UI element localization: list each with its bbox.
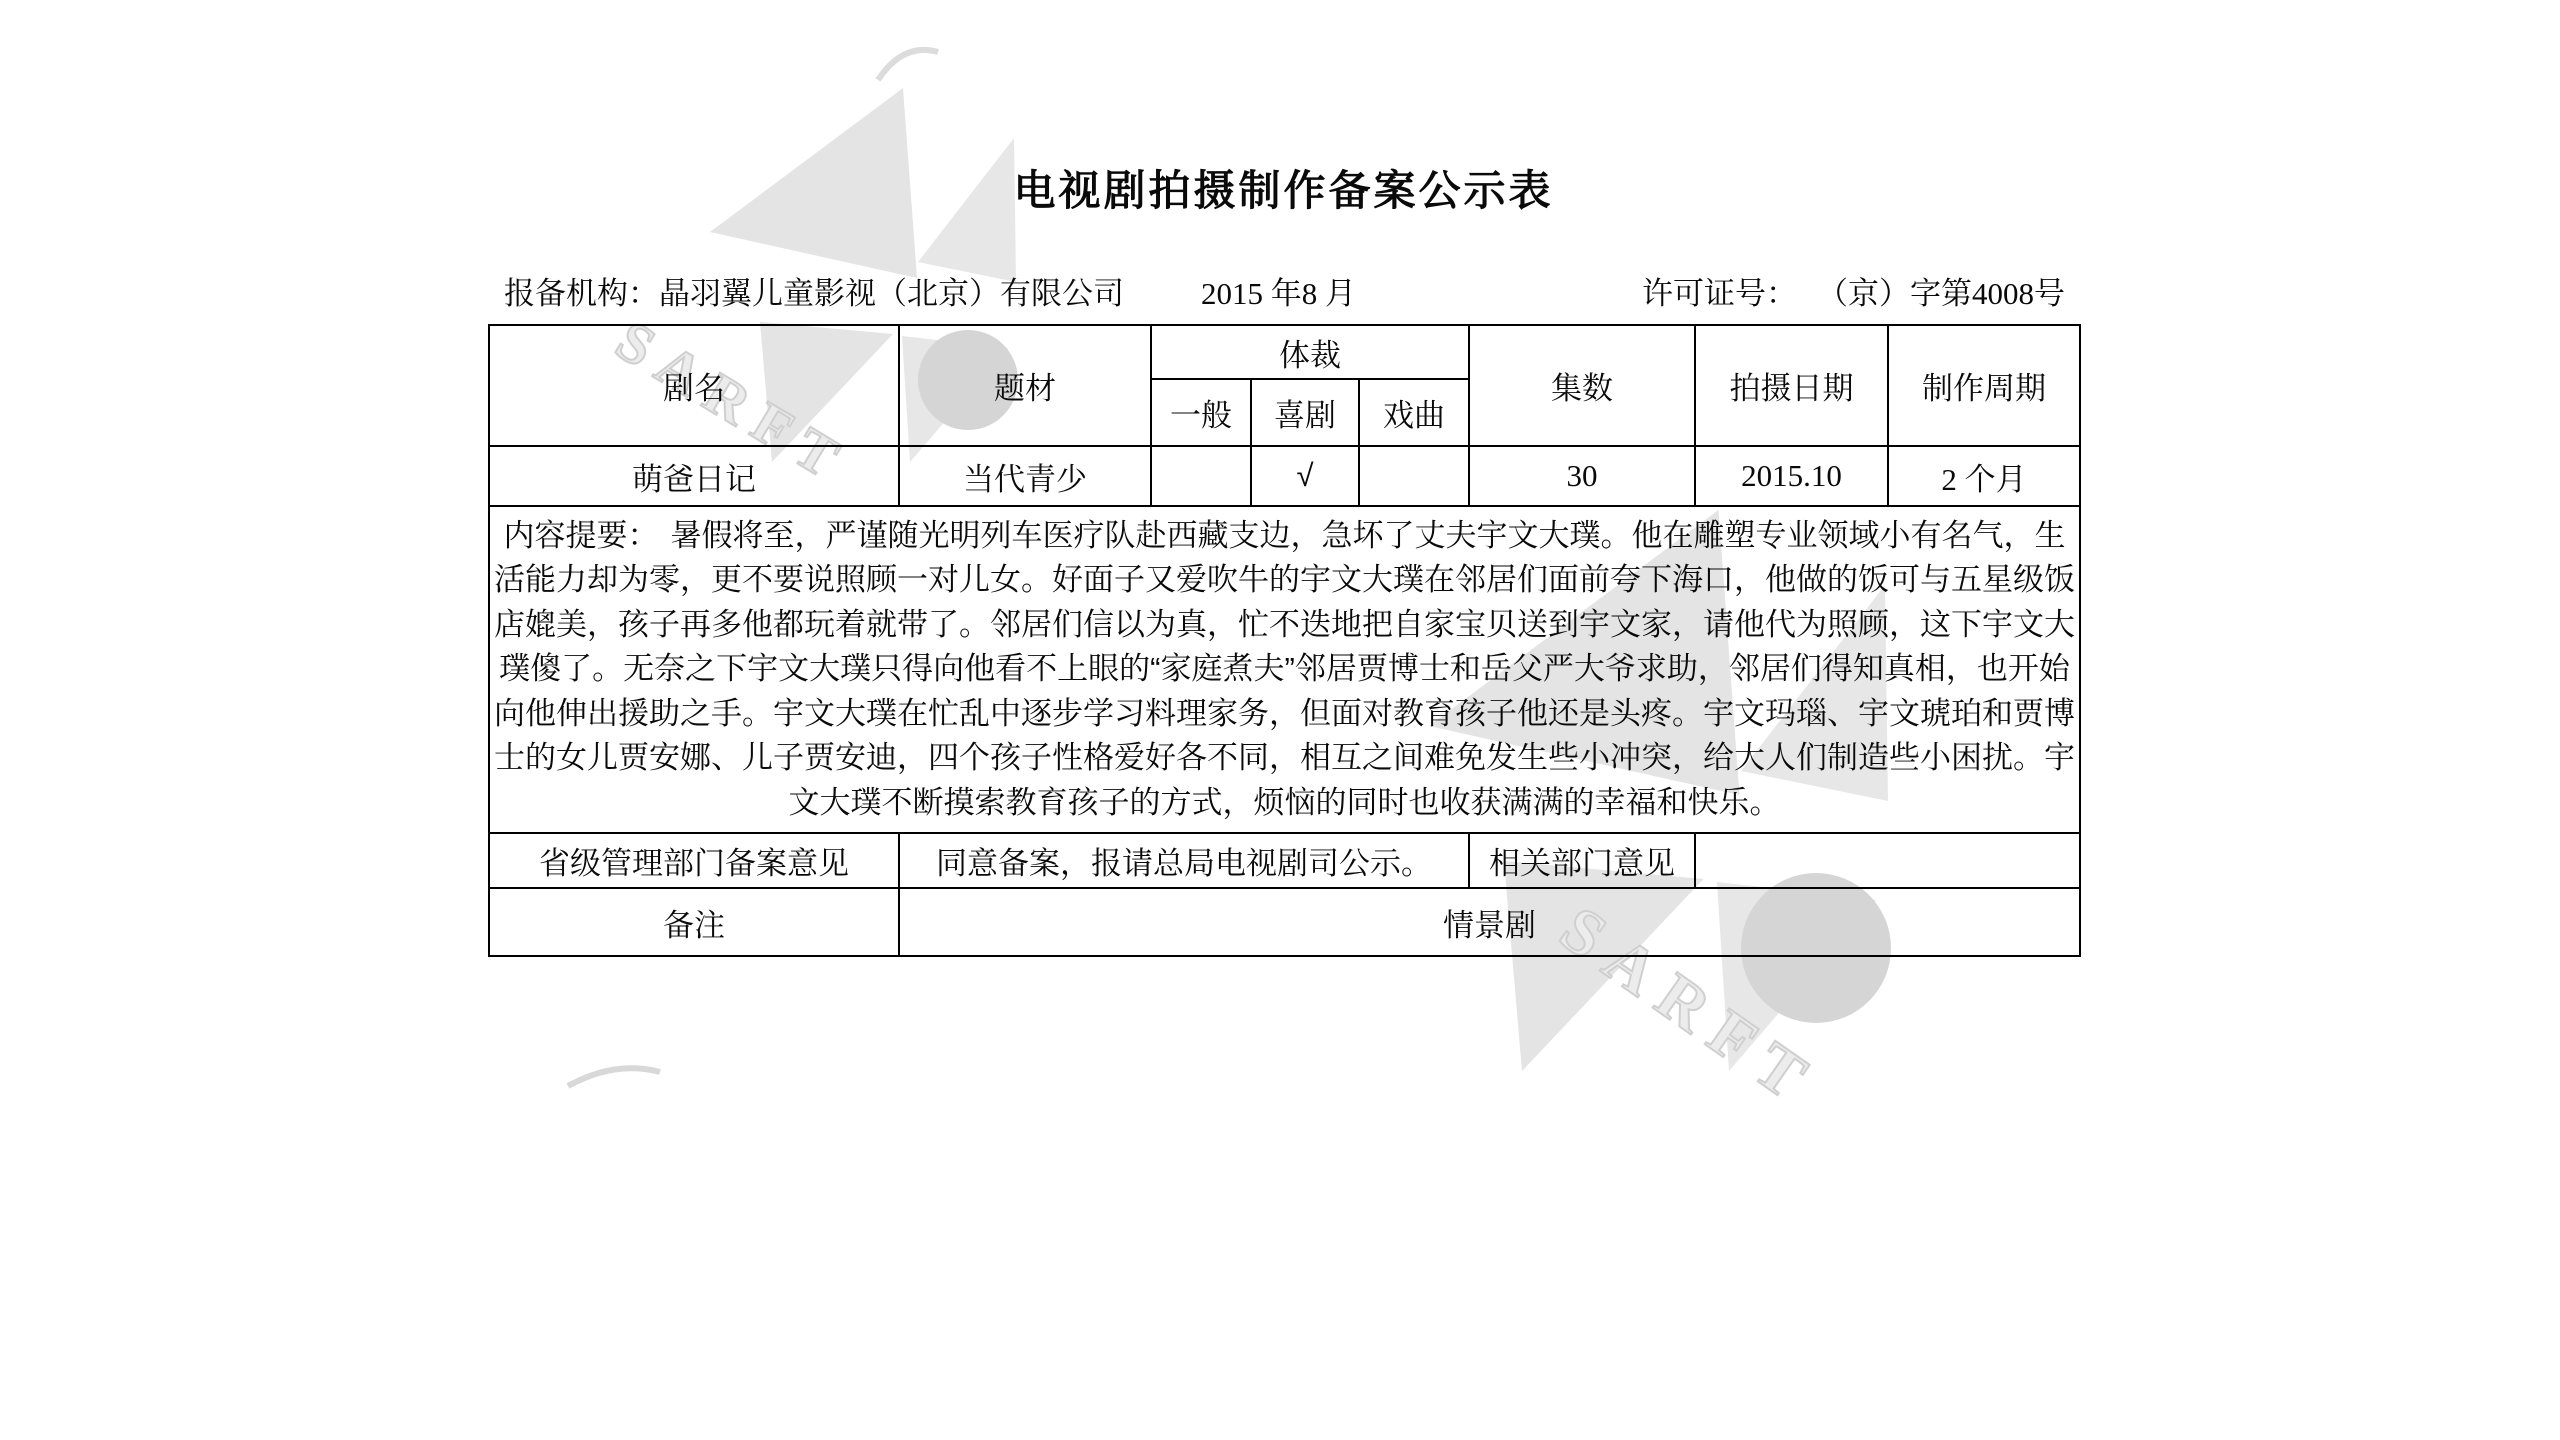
info-line: 报备机构：晶羽翼儿童影视（北京）有限公司 2015 年8 月 许可证号：（京）字… [488, 274, 2079, 314]
license-number-label: 许可证号： [1642, 276, 1797, 311]
report-date: 2015 年8 月 [1201, 274, 1356, 314]
document-page: SARFT SARFT 电视剧拍摄制作备案公示表 报备机构：晶羽翼儿童影视（北京… [0, 0, 2560, 1440]
cell-episodes: 30 [1469, 446, 1695, 506]
registration-table: 剧名 题材 体裁 集数 拍摄日期 制作周期 一般 喜剧 戏曲 萌爸日记 当代青少… [488, 324, 2081, 957]
cell-genre-general [1151, 446, 1251, 506]
page-title: 电视剧拍摄制作备案公示表 [488, 168, 2079, 214]
synopsis-text: 暑假将至，严谨随光明列车医疗队赴西藏支边，急坏了丈夫宇文大璞。他在雕塑专业领域小… [494, 518, 2075, 820]
cell-shoot-date: 2015.10 [1695, 446, 1888, 506]
table-row: 萌爸日记 当代青少 √ 30 2015.10 2 个月 [489, 446, 2080, 506]
header-episodes: 集数 [1469, 325, 1695, 446]
header-genre-general: 一般 [1151, 379, 1251, 446]
remark-value: 情景剧 [899, 888, 2080, 956]
table-header-row-1: 剧名 题材 体裁 集数 拍摄日期 制作周期 [489, 325, 2080, 379]
reporting-agency-label: 报备机构： [504, 276, 659, 311]
remark-label: 备注 [489, 888, 899, 956]
remark-row: 备注 情景剧 [489, 888, 2080, 956]
header-subject: 题材 [899, 325, 1151, 446]
synopsis-row: 内容提要：暑假将至，严谨随光明列车医疗队赴西藏支边，急坏了丈夫宇文大璞。他在雕塑… [489, 506, 2080, 833]
provincial-opinion-value: 同意备案，报请总局电视剧司公示。 [899, 833, 1469, 888]
license-number-value: （京）字第4008号 [1817, 276, 2065, 311]
license-number: 许可证号：（京）字第4008号 [1642, 274, 2065, 314]
cell-genre-comedy-checkmark: √ [1251, 446, 1359, 506]
related-opinion-value [1695, 833, 2080, 888]
header-genre-comedy: 喜剧 [1251, 379, 1359, 446]
synopsis-label: 内容提要： [504, 518, 659, 553]
related-opinion-label: 相关部门意见 [1469, 833, 1695, 888]
reporting-agency-value: 晶羽翼儿童影视（北京）有限公司 [659, 276, 1124, 311]
cell-subject: 当代青少 [899, 446, 1151, 506]
cell-production-cycle: 2 个月 [1888, 446, 2080, 506]
document-content: 电视剧拍摄制作备案公示表 报备机构：晶羽翼儿童影视（北京）有限公司 2015 年… [0, 0, 2560, 1440]
header-genre: 体裁 [1151, 325, 1469, 379]
header-shoot-date: 拍摄日期 [1695, 325, 1888, 446]
synopsis-cell: 内容提要：暑假将至，严谨随光明列车医疗队赴西藏支边，急坏了丈夫宇文大璞。他在雕塑… [489, 506, 2080, 833]
cell-genre-opera [1359, 446, 1469, 506]
reporting-agency: 报备机构：晶羽翼儿童影视（北京）有限公司 [504, 274, 1124, 314]
header-production-cycle: 制作周期 [1888, 325, 2080, 446]
header-drama-name: 剧名 [489, 325, 899, 446]
header-genre-opera: 戏曲 [1359, 379, 1469, 446]
cell-drama-name: 萌爸日记 [489, 446, 899, 506]
opinion-row: 省级管理部门备案意见 同意备案，报请总局电视剧司公示。 相关部门意见 [489, 833, 2080, 888]
provincial-opinion-label: 省级管理部门备案意见 [489, 833, 899, 888]
